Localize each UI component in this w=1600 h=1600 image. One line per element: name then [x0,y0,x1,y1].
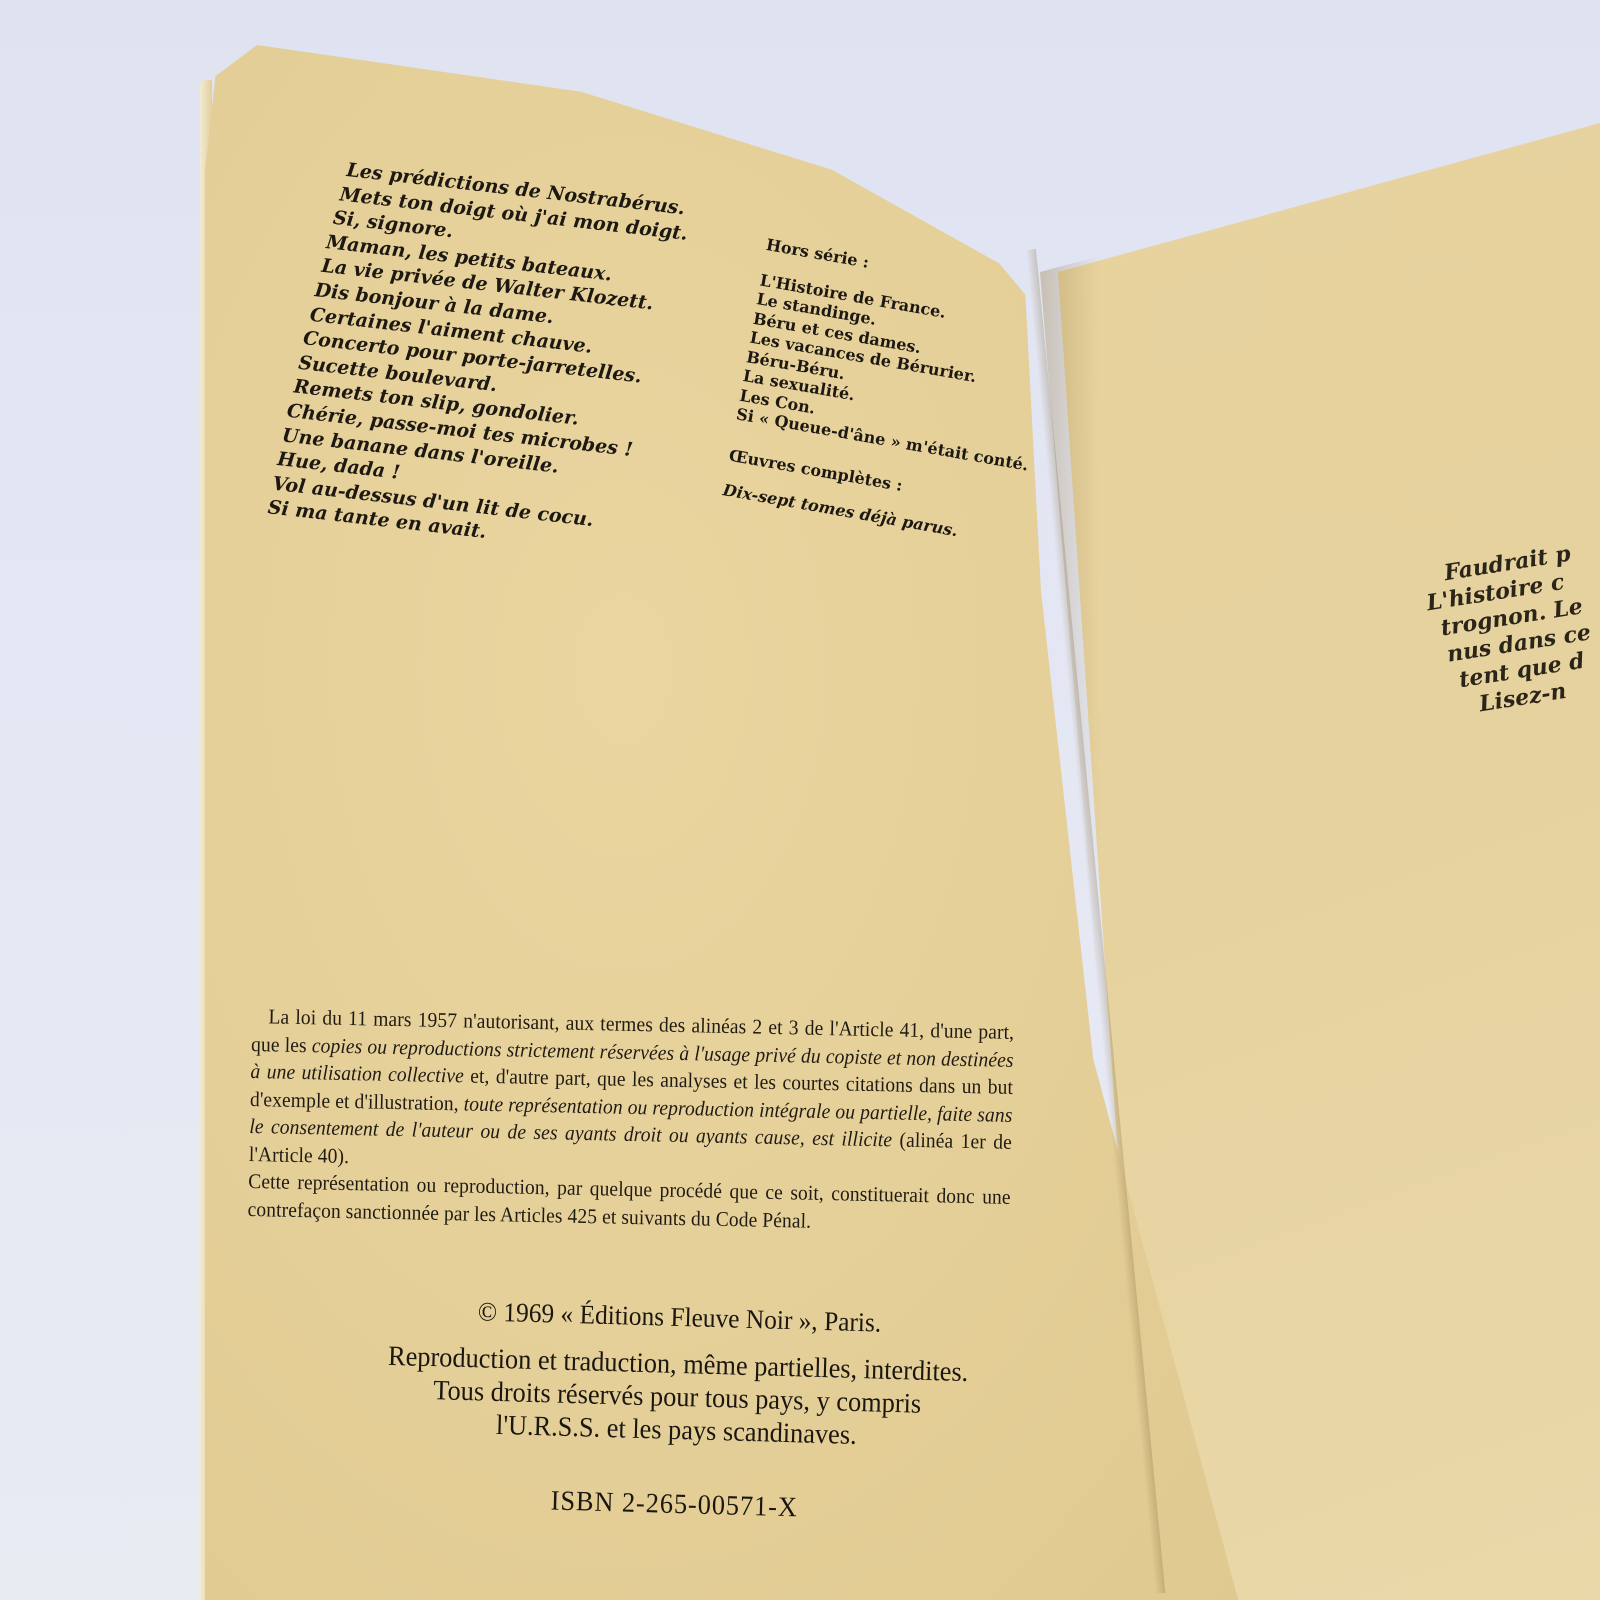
legal-notice: La loi du 11 mars 1957 n'autorisant, aux… [247,1003,1014,1239]
hors-serie-section: Hors série : L'Histoire de France. Le st… [721,235,1059,551]
other-titles-list: Les prédictions de Nostrabérus. Mets ton… [306,158,691,564]
legal-paragraph-1: La loi du 11 mars 1957 n'autorisant, aux… [249,1003,1015,1184]
copyright-block: © 1969 « Éditions Fleuve Noir », Paris. … [317,1290,1037,1531]
